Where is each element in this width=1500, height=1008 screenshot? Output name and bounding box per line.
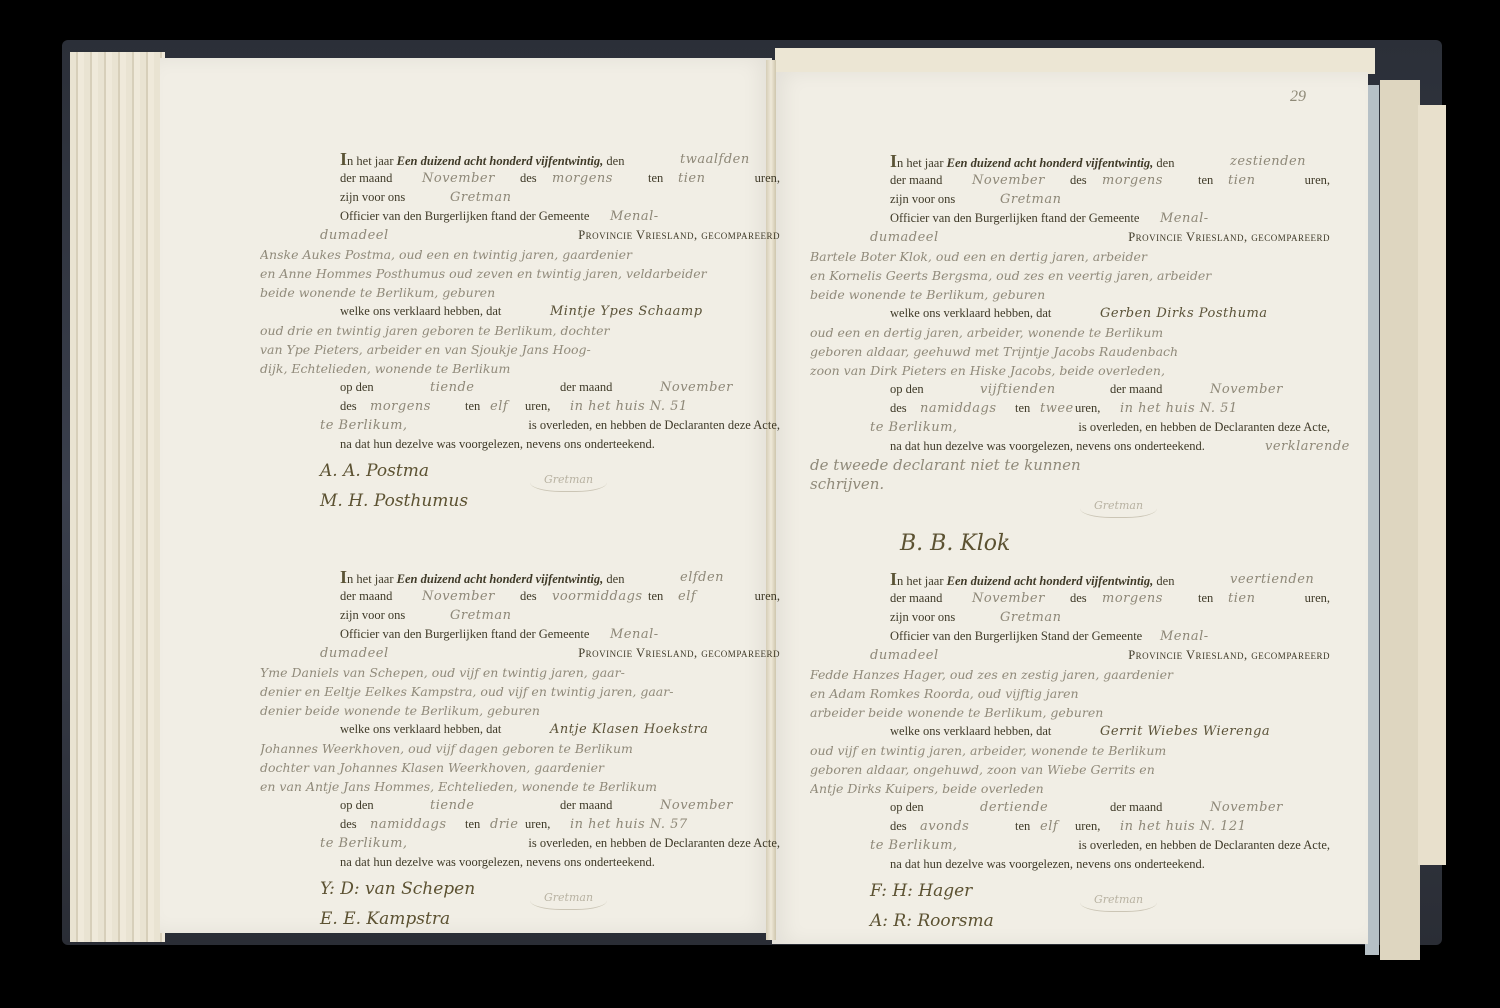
handwritten-municipality-cont: dumadeel	[320, 226, 389, 245]
declarant-signature: F: H: Hager	[870, 882, 972, 901]
declarant-signature: A: R: Roorsma	[870, 912, 994, 931]
deceased-line-3: zoon van Dirk Pieters en Hiske Jacobs, b…	[890, 361, 1330, 380]
signatures: B. B. KlokGretman	[890, 494, 1330, 564]
handwritten-death-place: te Berlikum,	[870, 836, 958, 855]
signatures: Y: D: van SchepenE. E. KampstraGretman	[340, 872, 780, 942]
officer-signature: Gretman	[530, 886, 607, 910]
deceased-line-3: en van Antje Jans Hommes, Echtelieden, w…	[340, 777, 780, 796]
act-line-death-date: op den dertiende der maand November	[890, 798, 1330, 817]
handwritten-hour: tien	[678, 169, 705, 188]
deceased-line-1: Johannes Weerkhoven, oud vijf dagen gebo…	[340, 739, 780, 758]
declarants-line-3: arbeider beide wonende te Berlikum, gebu…	[890, 703, 1330, 722]
act-line-5: dumadeel Provincie Vriesland, gecomparee…	[890, 646, 1330, 665]
handwritten-deceased-name: Mintje Ypes Schaamp	[550, 302, 703, 321]
handwritten-death-time-of-day: namiddags	[370, 815, 447, 834]
act-line-4: Officier van den Burgerlijken ftand der …	[890, 209, 1330, 228]
right-top-edge	[775, 48, 1375, 74]
printed-year: Een duizend acht honderd vijfentwintig,	[947, 156, 1154, 170]
act-line-overleden: te Berlikum, is overleden, en hebben de …	[890, 836, 1330, 855]
act-line-closing: na dat hun dezelve was voorgelezen, neve…	[890, 437, 1330, 456]
act-line-overleden: te Berlikum, is overleden, en hebben de …	[340, 834, 780, 853]
death-act-right-bottom: In het jaar Een duizend acht honderd vij…	[890, 570, 1330, 944]
act-line-overleden: te Berlikum, is overleden, en hebben de …	[890, 418, 1330, 437]
handwritten-month: November	[972, 171, 1045, 190]
handwritten-officer: Gretman	[450, 188, 511, 207]
declarant-signature: M. H. Posthumus	[320, 492, 468, 511]
death-act-left-top: In het jaar Een duizend acht honderd vij…	[340, 150, 780, 524]
printed-year: Een duizend acht honderd vijfentwintig,	[397, 154, 604, 168]
declarants-line-2: en Anne Hommes Posthumus oud zeven en tw…	[340, 264, 780, 283]
declarants-line-2: denier en Eeltje Eelkes Kampstra, oud vi…	[340, 682, 780, 701]
handwritten-day: twaalfden	[680, 150, 750, 169]
handwritten-month: November	[422, 587, 495, 606]
handwritten-municipality: Menal-	[1160, 209, 1209, 228]
handwritten-month: November	[422, 169, 495, 188]
officer-signature: Gretman	[1080, 494, 1157, 518]
act-line-death-time: des namiddags ten drie uren, in het huis…	[340, 815, 780, 834]
handwritten-day: zestienden	[1230, 152, 1306, 171]
act-line-5: dumadeel Provincie Vriesland, gecomparee…	[340, 644, 780, 663]
page-number: 29	[1290, 88, 1306, 106]
dropcap: I	[890, 151, 897, 171]
deceased-line-1: oud drie en twintig jaren geboren te Ber…	[340, 321, 780, 340]
handwritten-deceased-name: Gerrit Wiebes Wierenga	[1100, 722, 1270, 741]
handwritten-officer: Gretman	[1000, 190, 1061, 209]
act-line-death-time: des morgens ten elf uren, in het huis N.…	[340, 397, 780, 416]
handwritten-death-time-of-day: avonds	[920, 817, 969, 836]
handwritten-death-place: te Berlikum,	[320, 416, 408, 435]
dropcap: I	[340, 567, 347, 587]
act-line-1: In het jaar Een duizend acht honderd vij…	[890, 152, 1330, 171]
right-page-edges-outer	[1418, 105, 1446, 865]
dropcap: I	[340, 149, 347, 169]
handwritten-time-of-day: morgens	[552, 169, 613, 188]
handwritten-municipality-cont: dumadeel	[320, 644, 389, 663]
handwritten-death-month: November	[660, 378, 733, 397]
act-line-closing: na dat hun dezelve was voorgelezen, neve…	[340, 435, 780, 454]
handwritten-death-hour: twee	[1040, 399, 1074, 418]
act-line-closing: na dat hun dezelve was voorgelezen, neve…	[340, 853, 780, 872]
declarant-signature: B. B. Klok	[900, 534, 1010, 553]
act-line-5: dumadeel Provincie Vriesland, gecomparee…	[340, 226, 780, 245]
officer-signature: Gretman	[530, 468, 607, 492]
act-line-death-date: op den tiende der maand November	[340, 796, 780, 815]
act-line-death-date: op den tiende der maand November	[340, 378, 780, 397]
deceased-line-2: geboren aldaar, ongehuwd, zoon van Wiebe…	[890, 760, 1330, 779]
declarants-line-3: denier beide wonende te Berlikum, gebure…	[340, 701, 780, 720]
handwritten-hour: tien	[1228, 589, 1255, 608]
act-line-3: zijn voor ons Gretman	[890, 190, 1330, 209]
handwritten-hour: elf	[678, 587, 696, 606]
handwritten-hour: tien	[1228, 171, 1255, 190]
declarants-line-2: en Kornelis Geerts Bergsma, oud zes en v…	[890, 266, 1330, 285]
act-line-4: Officier van den Burgerlijken Stand der …	[890, 627, 1330, 646]
handwritten-death-month: November	[1210, 798, 1283, 817]
declarant-signature: A. A. Postma	[320, 462, 429, 481]
handwritten-municipality: Menal-	[610, 207, 659, 226]
act-line-5: dumadeel Provincie Vriesland, gecomparee…	[890, 228, 1330, 247]
handwritten-death-hour: drie	[490, 815, 518, 834]
act-line-1: In het jaar Een duizend acht honderd vij…	[340, 568, 780, 587]
handwritten-closing-note: verklarende	[1265, 437, 1350, 456]
act-line-closing: na dat hun dezelve was voorgelezen, neve…	[890, 855, 1330, 874]
declarants-line-2: en Adam Romkes Roorda, oud vijftig jaren	[890, 684, 1330, 703]
handwritten-day: veertienden	[1230, 570, 1314, 589]
act-line-3: zijn voor ons Gretman	[890, 608, 1330, 627]
declarants-line-1: Bartele Boter Klok, oud een en dertig ja…	[890, 247, 1330, 266]
right-page-edges	[1380, 80, 1420, 960]
act-line-3: zijn voor ons Gretman	[340, 606, 780, 625]
handwritten-death-house: in het huis N. 121	[1120, 817, 1246, 836]
act-line-declared: welke ons verklaard hebben, dat Antje Kl…	[340, 720, 780, 739]
declarant-signature: Y: D: van Schepen	[320, 880, 475, 899]
act-line-death-time: des avonds ten elf uren, in het huis N. …	[890, 817, 1330, 836]
declarants-line-3: beide wonende te Berlikum, geburen	[340, 283, 780, 302]
deceased-line-2: van Ype Pieters, arbeider en van Sjoukje…	[340, 340, 780, 359]
deceased-line-1: oud vijf en twintig jaren, arbeider, won…	[890, 741, 1330, 760]
act-line-declared: welke ons verklaard hebben, dat Mintje Y…	[340, 302, 780, 321]
left-page-edges	[70, 52, 165, 942]
handwritten-death-time-of-day: morgens	[370, 397, 431, 416]
closing-note-line: de tweede declarant niet te kunnen	[890, 456, 1330, 475]
act-line-2: der maand November des morgens ten tien …	[890, 171, 1330, 190]
act-line-declared: welke ons verklaard hebben, dat Gerben D…	[890, 304, 1330, 323]
handwritten-death-day: tiende	[430, 796, 474, 815]
signatures: F: H: HagerA: R: RoorsmaGretman	[890, 874, 1330, 944]
declarants-line-1: Yme Daniels van Schepen, oud vijf en twi…	[340, 663, 780, 682]
act-line-1: In het jaar Een duizend acht honderd vij…	[890, 570, 1330, 589]
handwritten-death-time-of-day: namiddags	[920, 399, 997, 418]
officer-signature: Gretman	[1080, 888, 1157, 912]
handwritten-municipality: Menal-	[1160, 627, 1209, 646]
handwritten-municipality: Menal-	[610, 625, 659, 644]
deceased-line-2: geboren aldaar, geehuwd met Trijntje Jac…	[890, 342, 1330, 361]
deceased-line-2: dochter van Johannes Klasen Weerkhoven, …	[340, 758, 780, 777]
declarant-signature: E. E. Kampstra	[320, 910, 450, 929]
deceased-line-1: oud een en dertig jaren, arbeider, wonen…	[890, 323, 1330, 342]
handwritten-death-day: tiende	[430, 378, 474, 397]
handwritten-death-place: te Berlikum,	[870, 418, 958, 437]
act-line-4: Officier van den Burgerlijken ftand der …	[340, 625, 780, 644]
death-act-right-top: In het jaar Een duizend acht honderd vij…	[890, 152, 1330, 564]
deceased-line-3: dijk, Echtelieden, wonende te Berlikum	[340, 359, 780, 378]
act-line-death-date: op den vijftienden der maand November	[890, 380, 1330, 399]
handwritten-municipality-cont: dumadeel	[870, 228, 939, 247]
handwritten-death-hour: elf	[490, 397, 508, 416]
handwritten-deceased-name: Antje Klasen Hoekstra	[550, 720, 708, 739]
act-line-4: Officier van den Burgerlijken ftand der …	[340, 207, 780, 226]
handwritten-death-month: November	[660, 796, 733, 815]
dropcap: I	[890, 569, 897, 589]
handwritten-time-of-day: morgens	[1102, 589, 1163, 608]
act-line-declared: welke ons verklaard hebben, dat Gerrit W…	[890, 722, 1330, 741]
handwritten-death-place: te Berlikum,	[320, 834, 408, 853]
declarants-line-1: Anske Aukes Postma, oud een en twintig j…	[340, 245, 780, 264]
handwritten-death-month: November	[1210, 380, 1283, 399]
act-line-2: der maand November des morgens ten tien …	[340, 169, 780, 188]
handwritten-death-day: dertiende	[980, 798, 1048, 817]
printed-year: Een duizend acht honderd vijfentwintig,	[947, 574, 1154, 588]
declarants-line-3: beide wonende te Berlikum, geburen	[890, 285, 1330, 304]
act-line-2: der maand November des morgens ten tien …	[890, 589, 1330, 608]
handwritten-death-house: in het huis N. 51	[1120, 399, 1238, 418]
act-line-2: der maand November des voormiddags ten e…	[340, 587, 780, 606]
handwritten-officer: Gretman	[1000, 608, 1061, 627]
handwritten-officer: Gretman	[450, 606, 511, 625]
signatures: A. A. PostmaM. H. PosthumusGretman	[340, 454, 780, 524]
act-line-3: zijn voor ons Gretman	[340, 188, 780, 207]
death-act-left-bottom: In het jaar Een duizend acht honderd vij…	[340, 568, 780, 942]
act-line-death-time: des namiddags ten twee uren, in het huis…	[890, 399, 1330, 418]
printed-year: Een duizend acht honderd vijfentwintig,	[397, 572, 604, 586]
handwritten-month: November	[972, 589, 1045, 608]
handwritten-death-hour: elf	[1040, 817, 1058, 836]
act-line-1: In het jaar Een duizend acht honderd vij…	[340, 150, 780, 169]
handwritten-death-house: in het huis N. 51	[570, 397, 688, 416]
act-line-overleden: te Berlikum, is overleden, en hebben de …	[340, 416, 780, 435]
deceased-line-3: Antje Dirks Kuipers, beide overleden	[890, 779, 1330, 798]
handwritten-death-house: in het huis N. 57	[570, 815, 688, 834]
closing-note-lines: de tweede declarant niet te kunnenschrij…	[890, 456, 1330, 494]
handwritten-time-of-day: morgens	[1102, 171, 1163, 190]
handwritten-day: elfden	[680, 568, 724, 587]
handwritten-municipality-cont: dumadeel	[870, 646, 939, 665]
closing-note-line: schrijven.	[890, 475, 1330, 494]
handwritten-death-day: vijftienden	[980, 380, 1056, 399]
handwritten-deceased-name: Gerben Dirks Posthuma	[1100, 304, 1268, 323]
handwritten-time-of-day: voormiddags	[552, 587, 643, 606]
declarants-line-1: Fedde Hanzes Hager, oud zes en zestig ja…	[890, 665, 1330, 684]
